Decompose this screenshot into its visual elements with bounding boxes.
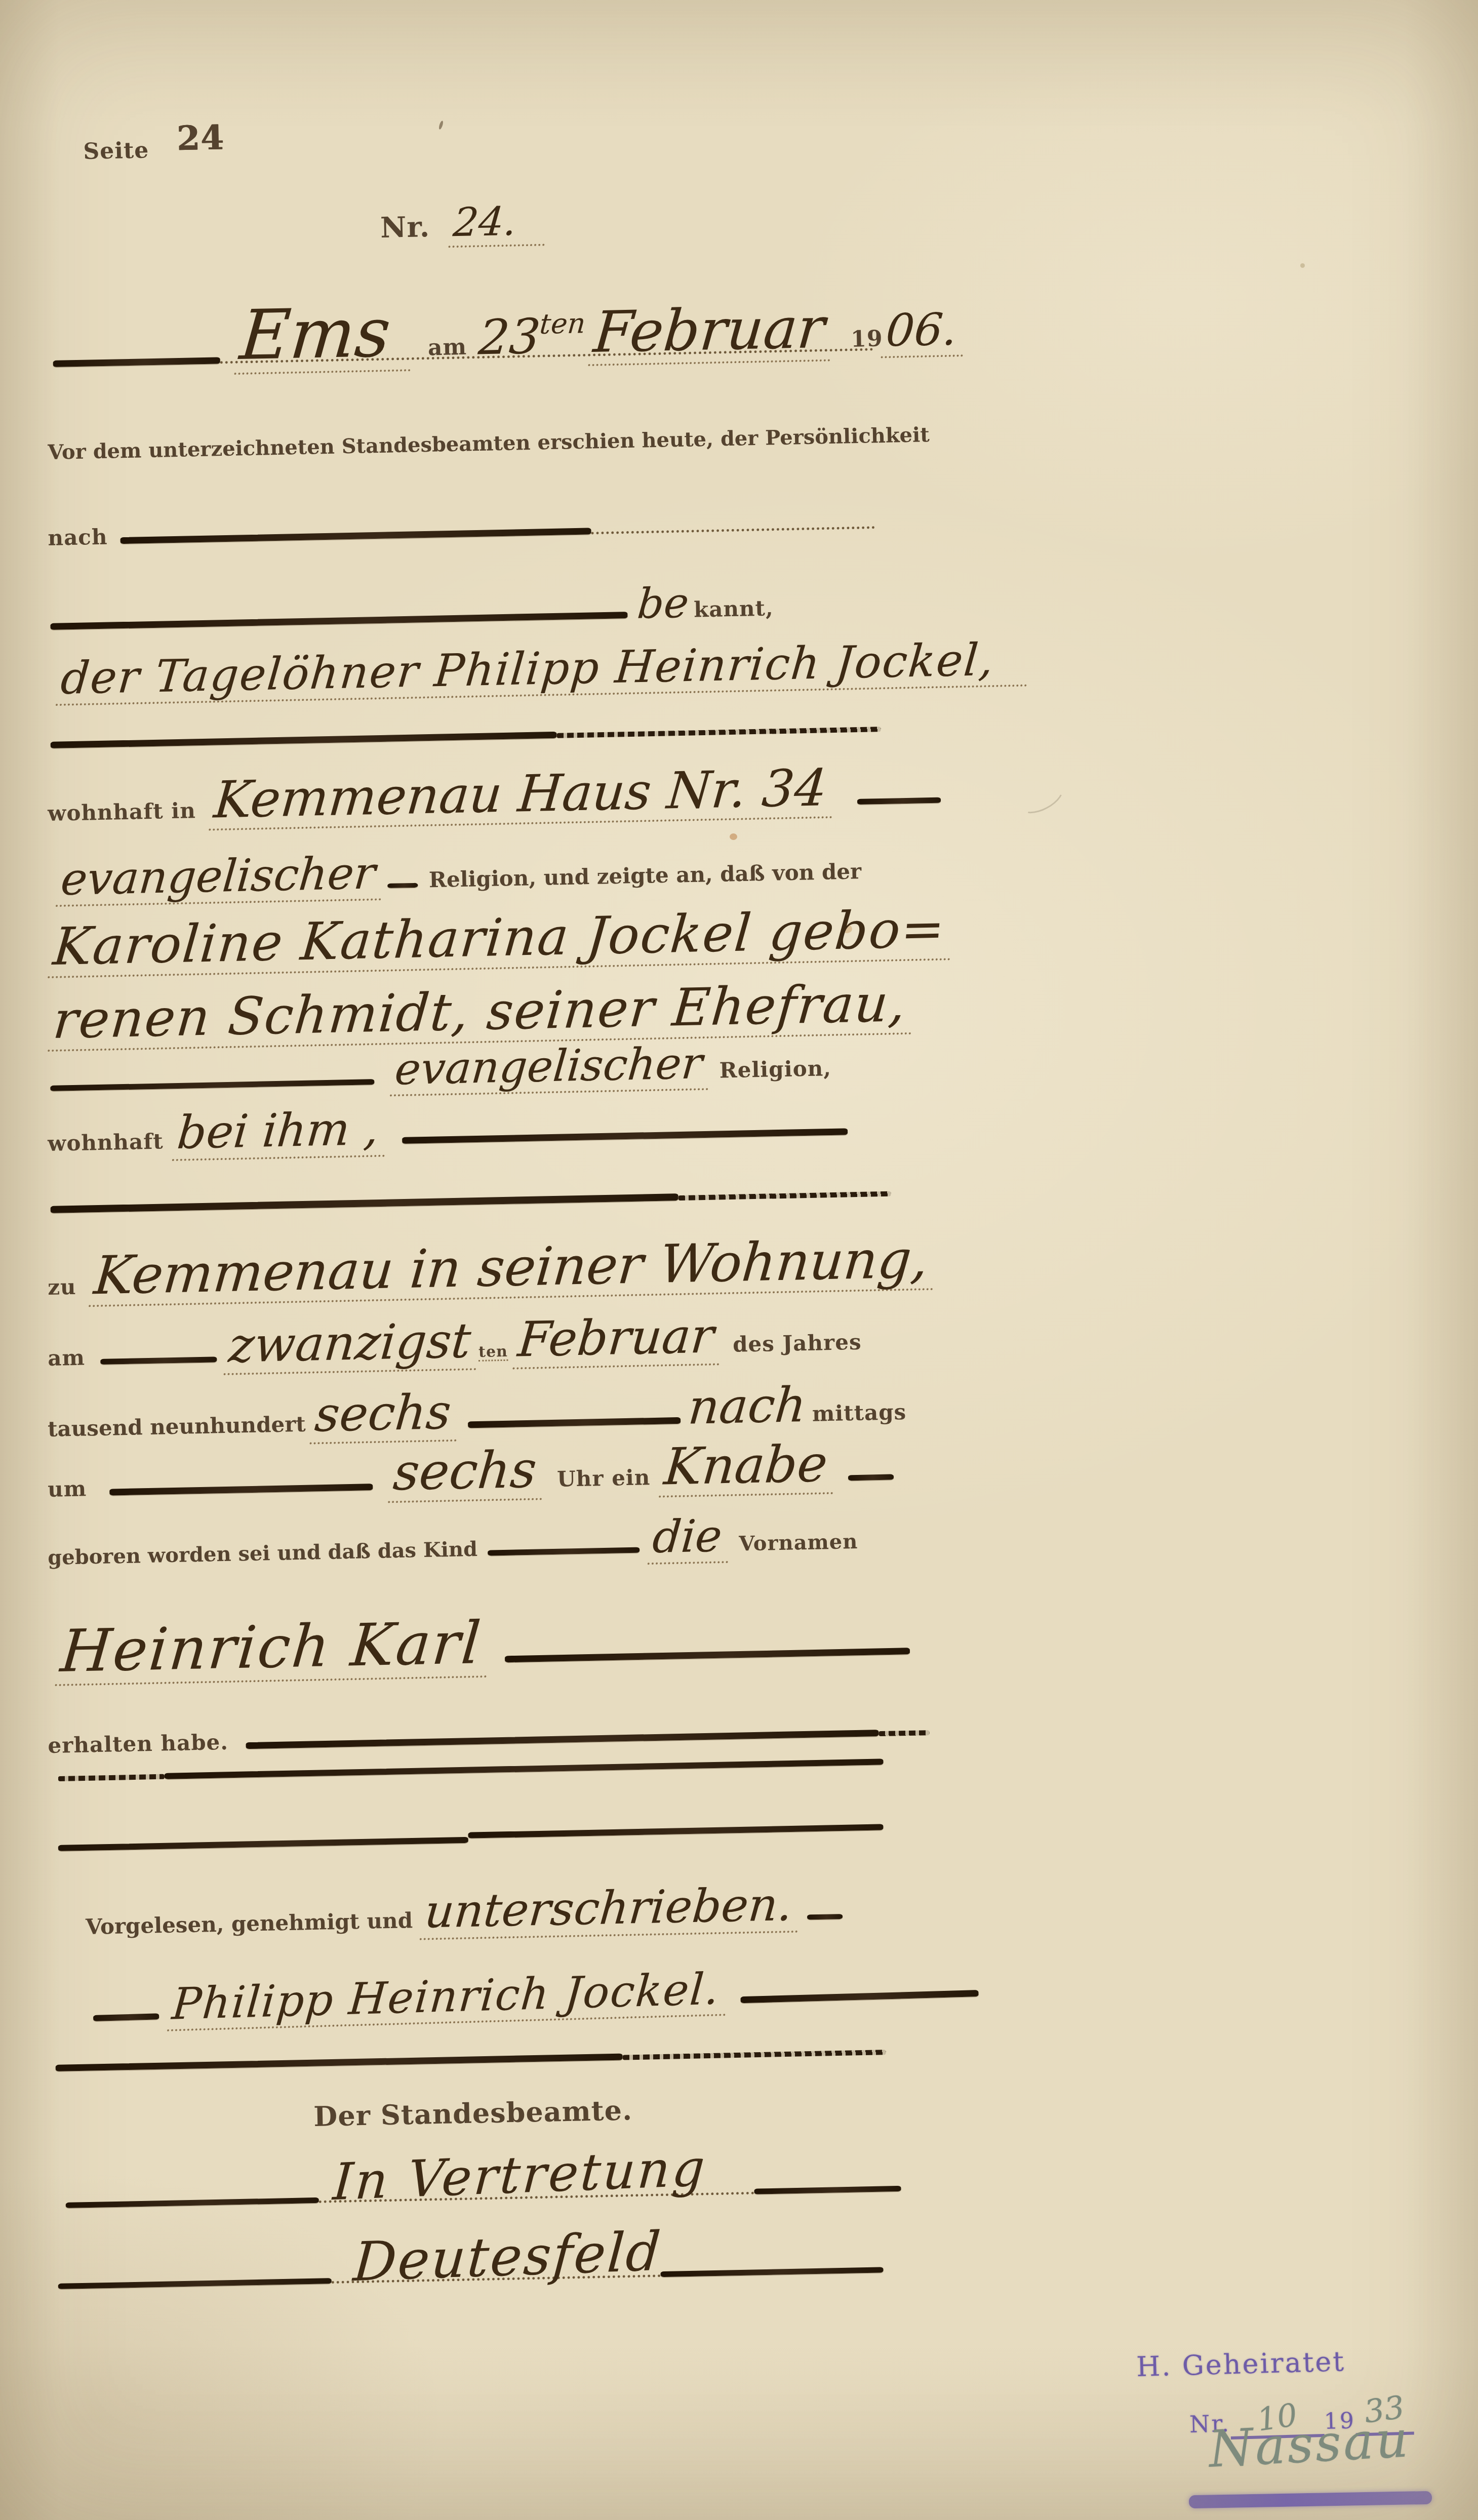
child-sex-handwritten: Knabe: [659, 1438, 837, 1498]
page-header: Seite24: [83, 128, 225, 164]
ink-strike-line: [488, 1547, 640, 1556]
ink-strike-line: [468, 1417, 681, 1428]
birth-year-handwritten: sechs: [309, 1388, 461, 1445]
bekannt-handwritten: be: [635, 583, 690, 625]
um-label: um: [48, 1478, 87, 1500]
residence-handwritten: Kemmenau Haus Nr. 34: [209, 763, 837, 831]
stamp-heading-line: H. Geheiratet: [1136, 2348, 1346, 2381]
spacer: [835, 1481, 848, 1481]
ink-strike-line: [100, 1356, 217, 1365]
bekannt-printed: kannt,: [694, 597, 774, 620]
nach-line: nach: [48, 511, 874, 549]
birth-month-handwritten: Februar: [512, 1312, 724, 1369]
ink-strike-line: [754, 2186, 901, 2194]
spacer: [490, 1662, 505, 1663]
ink-strike-line: [848, 1474, 894, 1481]
ink-strike-line: [51, 1193, 678, 1213]
vorgelesen-label: Vorgelesen, genehmigt und: [86, 1910, 413, 1938]
vornamen-line: geboren worden sei und daß das KinddieVo…: [47, 1511, 858, 1577]
intro-line: Vor dem unterzeichneten Standesbeamten e…: [48, 425, 930, 463]
religion-declarant-printed: Religion, und zeigte an, daß von der: [429, 861, 862, 891]
birthplace-line: zuKemmenau in seiner Wohnung,: [47, 1232, 937, 1308]
birth-time-line: umsechsUhr einKnabe: [47, 1437, 894, 1510]
religion-declarant-handwritten: evangelischer: [56, 851, 385, 907]
page-number: 24: [176, 121, 224, 155]
ink-strike-line: [660, 2267, 883, 2277]
mother-line1-handwritten: Karoline Katharina Jockel gebo=: [48, 903, 955, 978]
in-vertretung-handwritten: In Vertretung: [332, 2143, 708, 2208]
ink-strike-line: [505, 1648, 910, 1662]
year-handwritten: 06.: [881, 307, 967, 358]
nach-label: nach: [48, 527, 108, 549]
religion-mother-printed: Religion,: [719, 1058, 831, 1081]
religion-mother-handwritten: evangelischer: [390, 1042, 712, 1097]
scanned-birth-record-page: Seite24 Nr.24. Emsam23tenFebruar1906. Vo…: [0, 0, 1478, 2520]
declarant-signature-line: Philipp Heinrich Jockel.: [92, 1960, 979, 2033]
wohnhaft-label: wohnhaft: [48, 1131, 164, 1154]
stamp-underline-bar: [1189, 2491, 1432, 2508]
ink-strike-line: [56, 2054, 623, 2071]
birth-hour-handwritten: sechs: [388, 1444, 547, 1503]
broken-ink-line: [623, 2050, 886, 2060]
des-jahres-label: des Jahres: [733, 1332, 862, 1355]
ink-strike-line: [740, 1990, 978, 2003]
record-number-line: Nr.24.: [380, 201, 547, 249]
declarant-signature: Philipp Heinrich Jockel.: [167, 1967, 730, 2031]
birthplace-handwritten: Kemmenau in seiner Wohnung,: [89, 1232, 938, 1307]
unterschrieben-handwritten: unterschrieben.: [420, 1882, 803, 1940]
ink-strike-line: [93, 2013, 159, 2021]
registrar-title-line: Der Standesbeamte.: [313, 2096, 632, 2130]
declarant-handwritten: der Tagelöhner Philipp Heinrich Jockel,: [56, 636, 1032, 706]
vertretung-line: In Vertretung: [332, 2143, 707, 2208]
spacer: [228, 1749, 246, 1749]
separator-rule: [56, 2048, 886, 2073]
ten-suffix-printed: ten: [478, 1344, 508, 1362]
ink-strike-line: [120, 528, 591, 544]
spacer: [430, 236, 451, 236]
declarant-line: der Tagelöhner Philipp Heinrich Jockel,: [57, 636, 1030, 706]
birth-date-line: amzwanzigsttenFebruardes Jahres: [47, 1309, 862, 1379]
ink-strike-line: [51, 732, 557, 748]
given-names-handwritten: Heinrich Karl: [55, 1614, 492, 1686]
broken-ink-line: [879, 1730, 930, 1736]
stamp-heading: H. Geheiratet: [1136, 2348, 1346, 2381]
meridiem-handwritten: nach: [686, 1381, 808, 1432]
broken-ink-line: [678, 1191, 891, 1201]
ink-speck: [438, 121, 444, 130]
separator-rule: [51, 725, 881, 750]
erhalten-habe-label: erhalten habe.: [48, 1732, 228, 1756]
spacer: [87, 1496, 109, 1496]
ink-strike-line: [50, 612, 627, 630]
registrar-signature: Deutesfeld: [351, 2225, 664, 2290]
spacer: [728, 2003, 741, 2004]
uhr-ein-label: Uhr ein: [557, 1467, 651, 1490]
ink-strike-line: [50, 1079, 374, 1091]
ink-strike-line: [387, 883, 418, 888]
residence-line: wohnhaft inKemmenau Haus Nr. 34: [47, 761, 941, 834]
die-handwritten: die: [648, 1513, 732, 1565]
bekannt-line: bekannt,: [50, 581, 774, 637]
birth-day-handwritten: zwanzigst: [223, 1317, 481, 1375]
stamp-place-handwritten: Nassau: [1208, 2414, 1411, 2475]
closing-line: Vorgelesen, genehmigt undunterschrieben.: [85, 1881, 843, 1947]
given-names-line: Heinrich Karl: [57, 1606, 910, 1686]
am-label-2: am: [48, 1347, 85, 1369]
ink-strike-line: [58, 1837, 468, 1851]
stamp-place-line: Nassau: [1208, 2414, 1411, 2475]
ink-strike-line: [807, 1914, 843, 1919]
faint-pencil-mark: [1013, 774, 1068, 820]
geboren-line-printed: geboren worden sei und daß das Kind: [48, 1539, 478, 1568]
record-number-label: Nr.: [380, 213, 430, 242]
broken-ink-line: [557, 727, 881, 738]
spacer: [196, 818, 211, 818]
spacer: [85, 1365, 100, 1365]
ink-strike-line: [58, 2278, 332, 2289]
standesbeamte-title: Der Standesbeamte.: [313, 2096, 632, 2130]
registrar-signature-line: Deutesfeld: [352, 2225, 663, 2289]
ink-strike-line: [165, 1758, 884, 1779]
mother-residence-line: wohnhaftbei ihm ,: [47, 1097, 848, 1164]
spacer: [374, 1084, 392, 1085]
intro-text: Vor dem unterzeichneten Standesbeamten e…: [48, 425, 930, 463]
spacer: [834, 805, 857, 805]
vornamen-label: Vornamen: [739, 1532, 858, 1554]
spacer: [373, 1490, 390, 1490]
mother-residence-handwritten: bei ihm ,: [172, 1106, 389, 1161]
religion-declarant-line: evangelischerReligion, und zeigte an, da…: [57, 841, 862, 907]
ink-strike-line: [468, 1824, 883, 1838]
zu-label: zu: [48, 1276, 76, 1298]
ink-strike-line: [246, 1730, 879, 1749]
ink-strike-line: [53, 357, 220, 367]
separator-rule: [51, 1189, 891, 1215]
separator-rule: [58, 1758, 884, 1783]
tausend-neunhundert-label: tausend neunhundert: [48, 1414, 306, 1440]
spacer: [387, 1144, 402, 1144]
ink-strike-line: [402, 1128, 848, 1144]
mittags-label: mittags: [812, 1402, 906, 1425]
paper-stain: [730, 833, 737, 840]
ink-strike-line: [857, 797, 941, 805]
page-label: Seite: [83, 139, 149, 163]
dotted-rule: [591, 526, 874, 534]
ink-strike-line: [66, 2197, 319, 2208]
erhalten-line: erhalten habe.: [48, 1717, 930, 1756]
broken-ink-line: [58, 1774, 165, 1781]
mother-name-line1: Karoline Katharina Jockel gebo=: [50, 903, 954, 978]
separator-rule: [58, 1825, 884, 1850]
spacer: [544, 1487, 557, 1487]
ink-strike-line: [109, 1484, 373, 1495]
date-day-suffix-handwritten: ten: [539, 309, 587, 338]
spacer: [149, 157, 177, 157]
spacer: [108, 544, 121, 544]
wohnhaft-in-label: wohnhaft in: [48, 800, 196, 824]
record-number-value: 24.: [448, 201, 548, 248]
paper-stain: [1300, 263, 1305, 268]
